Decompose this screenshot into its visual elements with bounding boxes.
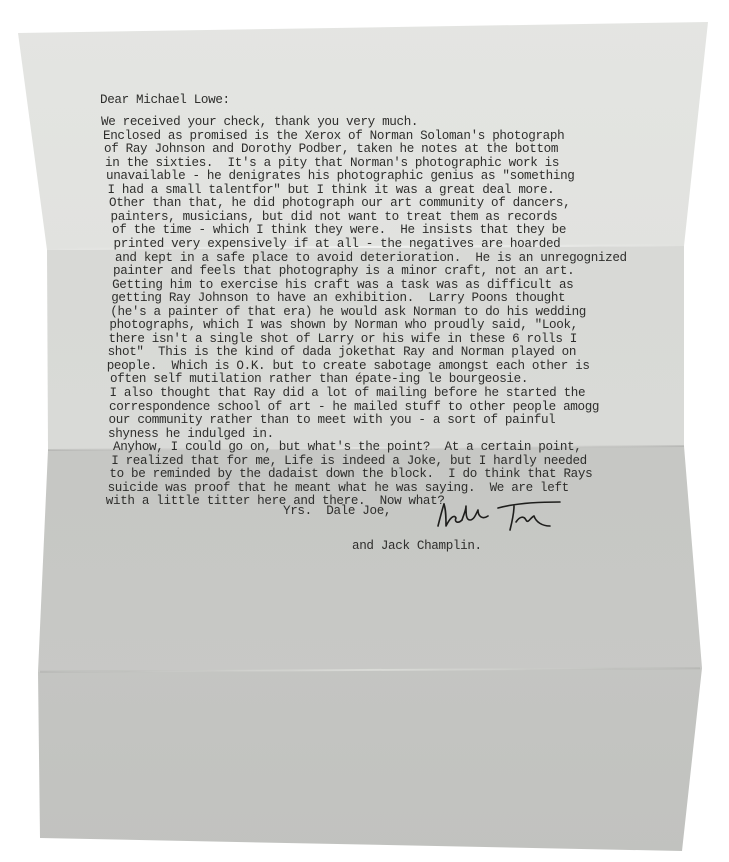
body-line: Other than that, he did photograph our a… [109, 197, 570, 211]
closing: Yrs. Dale Joe, [283, 504, 391, 518]
body-line: I also thought that Ray did a lot of mai… [110, 387, 586, 401]
body-line: shot" This is the kind of dada jokethat … [108, 346, 577, 360]
body-line: people. Which is O.K. but to create sabo… [107, 360, 590, 374]
body-line: correspondence school of art - he mailed… [109, 401, 599, 415]
closing-second: and Jack Champlin. [352, 539, 482, 553]
body-line: painters, musicians, but did not want to… [111, 211, 558, 225]
greeting: Dear Michael Lowe: [100, 94, 230, 108]
body-line: of Ray Johnson and Dorothy Podber, taken… [104, 143, 558, 157]
body-line: I had a small talentfor" but I think it … [108, 184, 555, 198]
body-line: Getting him to exercise his craft was a … [112, 279, 573, 293]
body-line: photographs, which I was shown by Norman… [109, 319, 578, 333]
body-line: (he's a painter of that era) he would as… [110, 306, 586, 320]
body-line: suicide was proof that he meant what he … [108, 482, 569, 496]
body-line: I realized that for me, Life is indeed a… [111, 455, 587, 469]
body-line: in the sixties. It's a pity that Norman'… [105, 157, 559, 171]
body-line: We received your check, thank you very m… [101, 116, 418, 130]
body-line: there isn't a single shot of Larry or hi… [109, 333, 578, 347]
body-line: printed very expensively if at all - the… [114, 238, 561, 252]
body-line: shyness he indulged in. [108, 428, 274, 442]
body-line: painter and feels that photography is a … [113, 265, 574, 279]
body-line: with a little titter here and there. Now… [106, 495, 445, 509]
body-line: and kept in a safe place to avoid deteri… [115, 252, 627, 266]
body-line: our community rather than to meet with y… [109, 414, 556, 428]
body-line: to be reminded by the dadaist down the b… [109, 468, 592, 482]
body-line: often self mutilation rather than épate-… [110, 373, 528, 387]
body-line: unavailable - he denigrates his photogra… [106, 170, 575, 184]
body-line: Anyhow, I could go on, but what's the po… [113, 441, 582, 455]
body-line: Enclosed as promised is the Xerox of Nor… [103, 130, 564, 144]
handwritten-signature [432, 496, 562, 536]
body-line: of the time - which I think they were. H… [112, 224, 566, 238]
body-line: getting Ray Johnson to have an exhibitio… [111, 292, 565, 306]
